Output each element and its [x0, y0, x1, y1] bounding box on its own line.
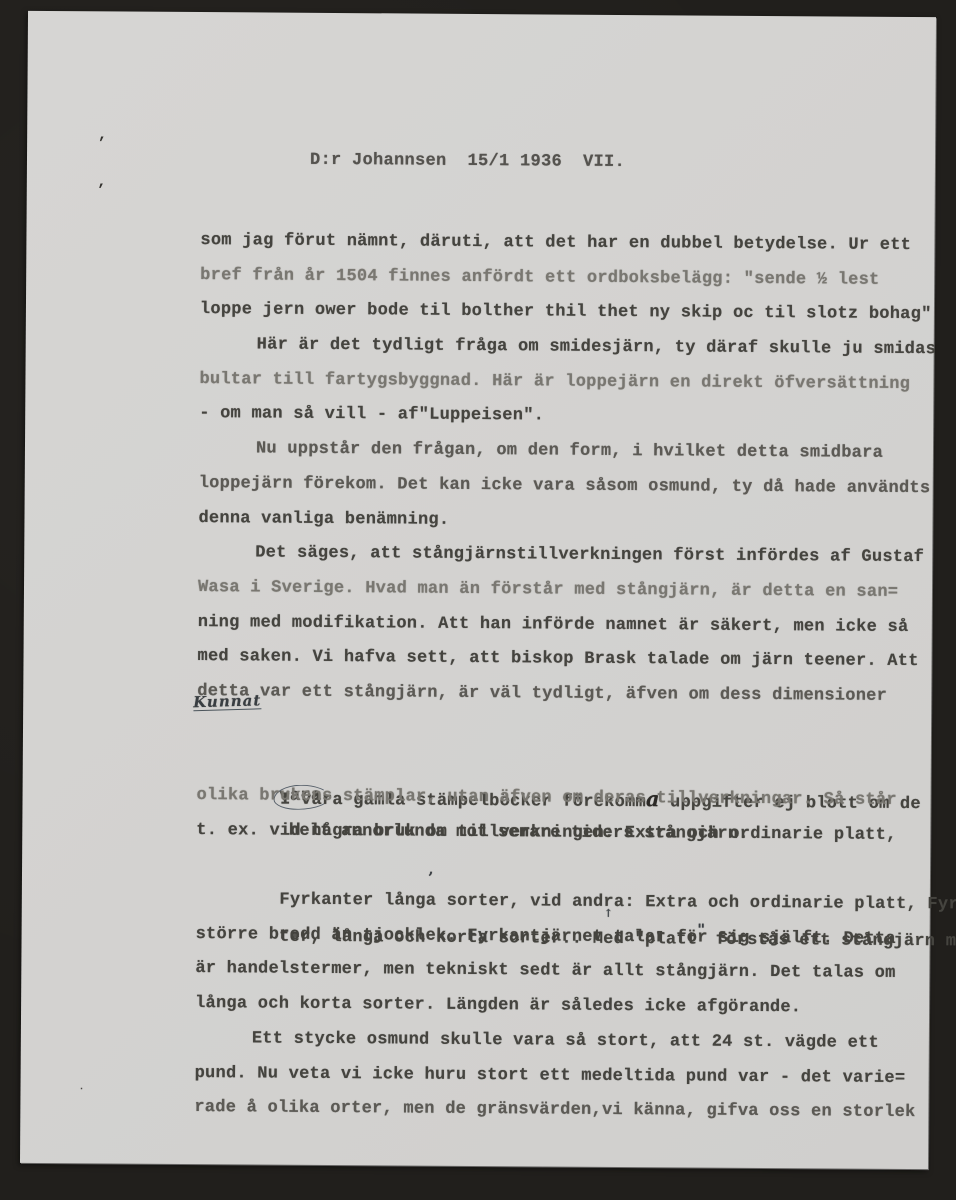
text-line: större bredd än tjocklek. Fyrkantjärnet … — [195, 918, 917, 958]
text-line: ning med modifikation. Att han införde n… — [198, 606, 920, 646]
stray-ink-mark: ’ — [97, 139, 106, 149]
text-line: t. ex. vid några bruk om tillverkningen:… — [196, 814, 918, 854]
text-line: rade å olika orter, men de gränsvärden,v… — [194, 1091, 916, 1131]
text-line: med saken. Vi hafva sett, att biskop Bra… — [197, 640, 919, 680]
text-line-with-correction: I våra gamla stämpelböcker förekomma upp… — [197, 744, 919, 784]
page-title: D:r Johannsen 15/1 1936 VII. — [310, 151, 625, 172]
text-line: Det säges, att stångjärnstillverkningen … — [198, 536, 920, 576]
text-line: bref från år 1504 finnes anfördt ett ord… — [200, 259, 922, 299]
document-page: ’ ‚ . D:r Johannsen 15/1 1936 VII. som j… — [20, 11, 936, 1169]
text-line-with-correction: Kunnat vara helt annorlunda mot senare t… — [197, 710, 919, 750]
text-line: bultar till fartygsbyggnad. Här är loppe… — [199, 363, 921, 403]
text-line: detta var ett stångjärn, är väl tydligt,… — [197, 675, 919, 715]
text-line: denna vanliga benämning. — [198, 502, 920, 542]
text-line: - om man så vill - af"Luppeisen". — [199, 397, 921, 437]
stray-ink-mark: ‚ — [97, 177, 106, 187]
text-line: loppejärn förekom. Det kan icke vara sås… — [199, 467, 921, 507]
text-line-with-correction: ter, långa och korta sorter.. Med "platt… — [196, 883, 918, 923]
scan-background: ’ ‚ . D:r Johannsen 15/1 1936 VII. som j… — [0, 0, 956, 1200]
text-line: loppe jern ower bode til bolther thil th… — [200, 293, 922, 333]
stray-ink-mark: . — [78, 1083, 84, 1093]
text-line: Här är det tydligt fråga om smidesjärn, … — [200, 328, 922, 368]
text-line: Nu uppstår den frågan, om den form, i hv… — [199, 432, 921, 472]
text-line: långa och korta sorter. Längden är såled… — [195, 987, 917, 1027]
document-body: som jag förut nämnt, däruti, att det har… — [194, 224, 922, 1131]
text-line: är handelstermer, men tekniskt sedt är a… — [195, 952, 917, 992]
handwritten-comma-mark: ’ — [428, 871, 434, 885]
text-line: Ett stycke osmund skulle vara så stort, … — [195, 1022, 917, 1062]
text-line: olika brukens stämplar, utan äfven om de… — [196, 779, 918, 819]
text-line-with-correction: Fyrkanter långa sorter, vid andra: Extra… — [196, 848, 918, 888]
text-line: som jag förut nämnt, däruti, att det har… — [200, 224, 922, 264]
text-line: Wasa i Sverige. Hvad man än förstår med … — [198, 571, 920, 611]
text-line: pund. Nu veta vi icke huru stort ett med… — [194, 1057, 916, 1097]
handwritten-insertion: Kunnat — [193, 692, 262, 711]
insertion-caret-mark: ↑ — [604, 907, 614, 921]
